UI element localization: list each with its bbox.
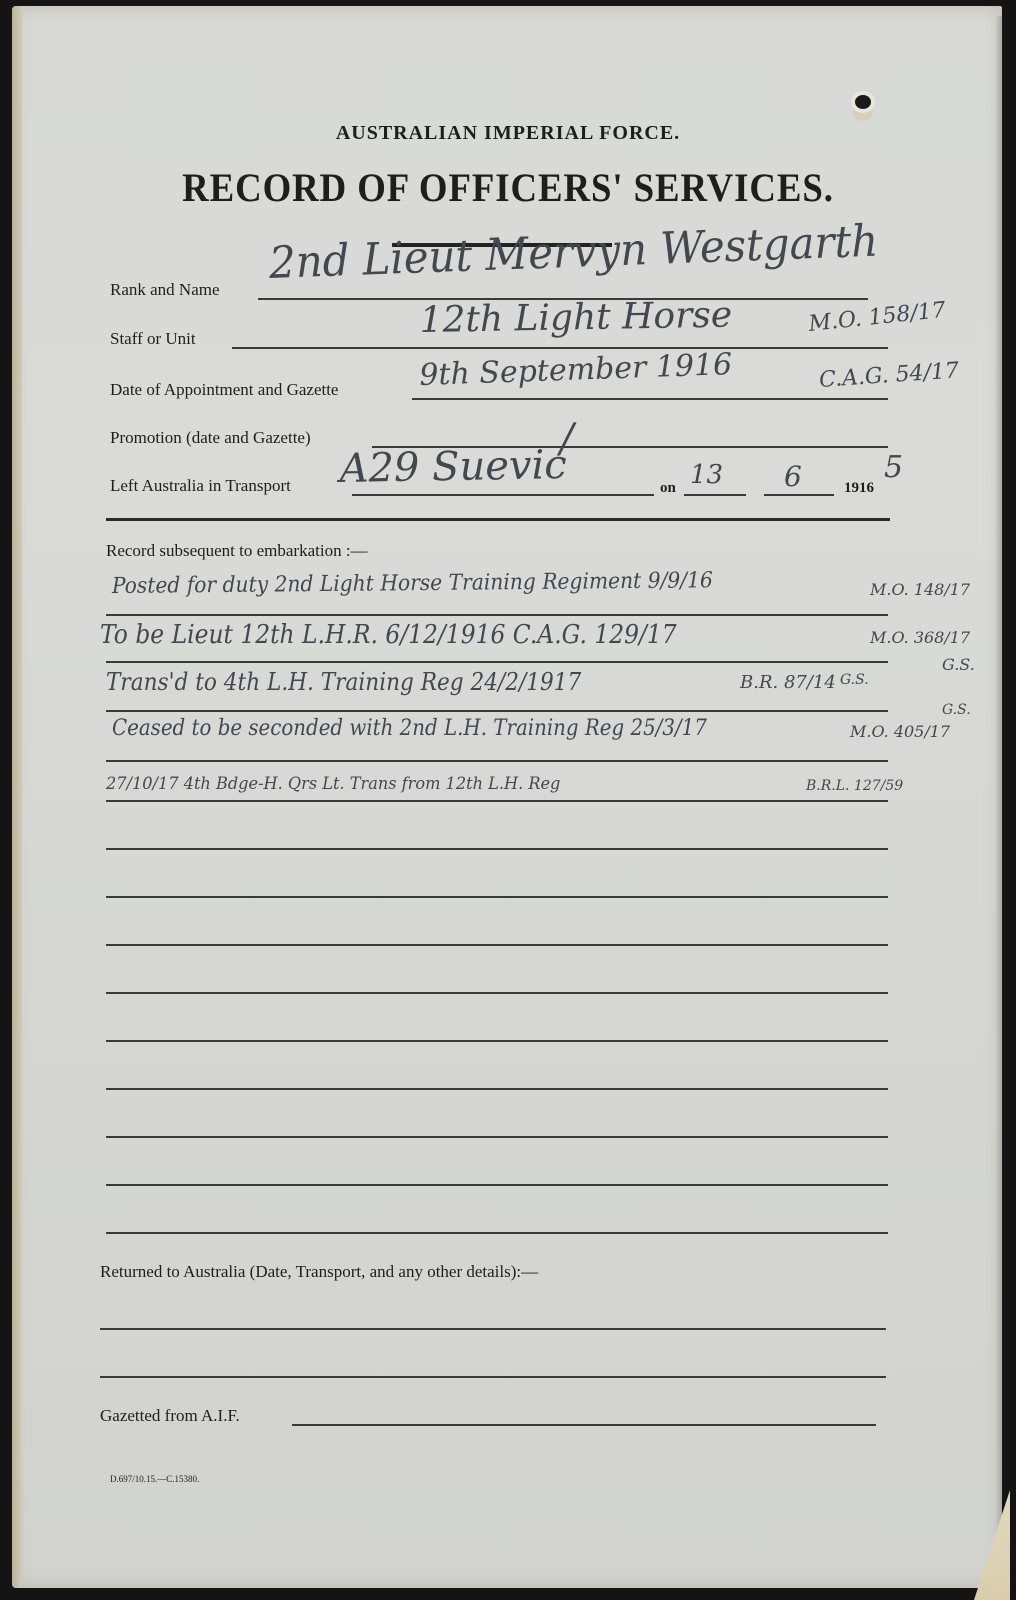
record-entry-text: 27/10/17 4th Bdge-H. Qrs Lt. Trans from … <box>106 774 560 794</box>
record-entry-reference: B.R. 87/14 <box>740 672 836 693</box>
gazetted-from-aif-label: Gazetted from A.I.F. <box>100 1406 240 1426</box>
day-line <box>684 494 746 496</box>
month-line <box>764 494 834 496</box>
rank-and-name-label: Rank and Name <box>110 280 220 300</box>
record-entry-initials: G.S. <box>942 702 971 718</box>
record-line <box>106 661 888 663</box>
staff-or-unit-line <box>232 347 888 349</box>
blank-record-line <box>106 1184 888 1186</box>
record-entry-reference: M.O. 148/17 <box>870 580 970 599</box>
transport-line <box>352 494 654 496</box>
record-entry-reference: M.O. 368/17 <box>870 628 970 647</box>
staff-or-unit-value: 12th Light Horse <box>419 295 732 341</box>
form-code: D.697/10.15.—C.15380. <box>110 1474 199 1484</box>
blank-record-line <box>106 896 888 898</box>
record-line <box>106 800 888 802</box>
blank-record-line <box>106 992 888 994</box>
departure-month: 6 <box>784 460 802 493</box>
date-of-appointment-label: Date of Appointment and Gazette <box>110 380 338 400</box>
returned-line <box>100 1376 886 1378</box>
organisation-heading: AUSTRALIAN IMPERIAL FORCE. <box>0 122 1016 145</box>
departure-day: 13 <box>690 460 723 490</box>
gazetted-line <box>292 1424 876 1426</box>
blank-record-line <box>106 1232 888 1234</box>
blank-record-line <box>106 1040 888 1042</box>
blank-record-line <box>106 848 888 850</box>
record-entry-text: Ceased to be seconded with 2nd L.H. Trai… <box>112 716 707 741</box>
promotion-label: Promotion (date and Gazette) <box>110 428 311 448</box>
transport-value: A29 Suevic <box>339 442 567 492</box>
date-of-appointment-line <box>412 398 888 400</box>
record-entry-initials: G.S. <box>840 672 869 688</box>
left-australia-label: Left Australia in Transport <box>110 476 291 496</box>
blank-record-line <box>106 1088 888 1090</box>
record-line <box>106 614 888 616</box>
record-section-label: Record subsequent to embarkation :— <box>106 541 368 561</box>
record-line <box>106 760 888 762</box>
record-line <box>106 710 888 712</box>
document-title: RECORD OF OFFICERS' SERVICES. <box>41 164 976 211</box>
section-divider <box>106 518 890 521</box>
returned-to-australia-label: Returned to Australia (Date, Transport, … <box>100 1262 538 1282</box>
blank-record-line <box>106 944 888 946</box>
blank-record-line <box>106 1136 888 1138</box>
record-entry-text: To be Lieut 12th L.H.R. 6/12/1916 C.A.G.… <box>100 620 677 650</box>
returned-line <box>100 1328 886 1330</box>
departure-year-printed: 1916 <box>844 480 874 497</box>
departure-year-correction: 5 <box>884 450 903 485</box>
record-entry-initials: G.S. <box>942 655 975 674</box>
on-label: on <box>660 480 676 497</box>
record-entry-reference: B.R.L. 127/59 <box>806 778 903 794</box>
record-entry-text: Trans'd to 4th L.H. Training Reg 24/2/19… <box>106 668 581 696</box>
record-entry-reference: M.O. 405/17 <box>850 722 950 741</box>
punch-hole <box>855 95 871 109</box>
staff-or-unit-label: Staff or Unit <box>110 329 196 349</box>
